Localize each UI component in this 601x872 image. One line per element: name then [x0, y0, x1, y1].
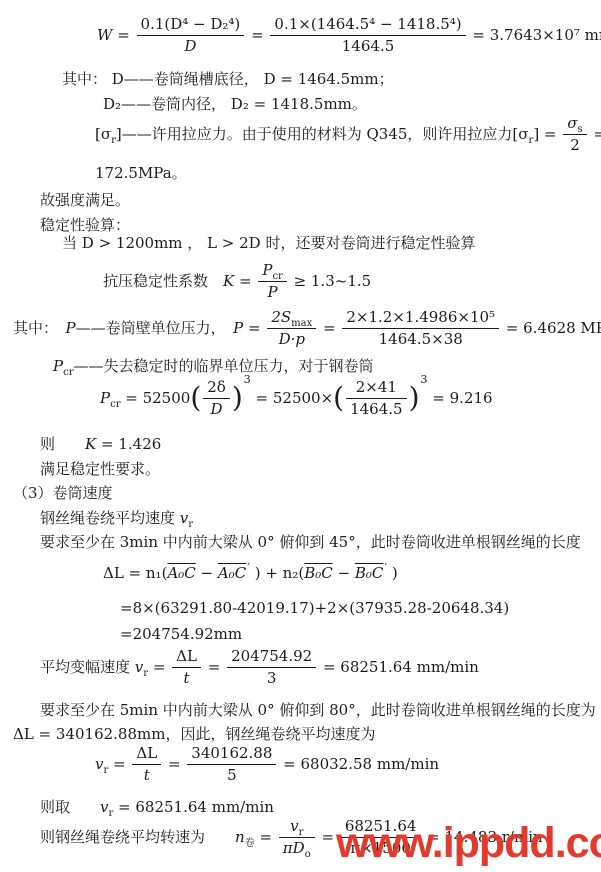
formula-delta-l: ΔL = n₁(A₀C − A₀C′ ) + n₂(B₀C − B₀C′ ) — [103, 562, 398, 584]
line-vr-intro: 钢丝绳卷绕平均速度 vr — [40, 507, 193, 529]
equals: = — [112, 26, 134, 44]
var-p: P — [100, 389, 110, 407]
text: [σ — [95, 125, 111, 143]
numerator: σs — [563, 115, 586, 135]
subscript: 卷 — [245, 838, 255, 849]
left-paren: ( — [333, 381, 344, 414]
line-then-k: 则 K = 1.426 — [40, 433, 161, 455]
var-p: P — [262, 261, 272, 279]
text: =204754.92mm — [120, 625, 242, 643]
subscript: max — [291, 318, 312, 329]
text: 172.5MPa。 — [95, 164, 187, 182]
fraction: 2δD — [203, 379, 230, 419]
result: = 9.216 — [428, 389, 493, 407]
equals: = — [246, 26, 268, 44]
subscript: r — [188, 519, 193, 530]
formula-vr-avg: 平均变幅速度 vr = ΔLt = 204754.923 = 68251.64 … — [40, 648, 479, 688]
numerator: 340162.88 — [187, 745, 276, 765]
numerator: 2Smax — [267, 309, 316, 329]
condition: ≥ 1.3~1.5 — [289, 272, 371, 290]
line-condition: 当 D > 1200mm ， L > 2D 时，还要对卷筒进行稳定性验算 — [62, 232, 475, 254]
fraction: 2SmaxD·p — [267, 309, 316, 349]
fraction: 0.1(D⁴ − D₂⁴)D — [137, 16, 245, 56]
text: 要求至少在 5min 中内前大梁从 0° 俯仰到 80°，此时卷筒收进单根钢丝绳… — [40, 701, 596, 719]
var-p: P — [233, 319, 243, 337]
text: 则取 — [40, 798, 100, 816]
denominator: 1464.5 — [270, 36, 465, 55]
line-pcr-desc: Pcr——失去稳定时的临界单位压力，对于钢卷筒 — [53, 355, 374, 377]
right-paren: ) — [409, 381, 420, 414]
minus: − — [196, 564, 218, 582]
text: 则钢丝绳卷绕平均转速为 — [40, 828, 235, 846]
value: = 1.426 — [96, 435, 161, 453]
line-mpa: 172.5MPa。 — [95, 162, 187, 184]
line-delta-l-3: =204754.92mm — [120, 623, 242, 645]
left-paren: ( — [190, 381, 201, 414]
watermark: www.ippdd.com — [336, 819, 601, 868]
fraction: 204754.923 — [227, 648, 316, 688]
equals: = — [203, 658, 225, 676]
denominator: t — [132, 765, 161, 784]
numerator: ΔL — [172, 648, 201, 668]
text: ΔL = n₁( — [103, 564, 167, 582]
line-delta-l-2: =8×(63291.80-42019.17)+2×(37935.28-20648… — [120, 597, 509, 619]
subscript: r — [299, 827, 304, 838]
numerator: vr — [279, 818, 315, 838]
section-3-heading: （3）卷筒速度 — [13, 482, 113, 504]
var-p: P — [66, 319, 76, 337]
subscript: cr — [272, 271, 282, 282]
equals: = — [589, 125, 601, 143]
denominator: t — [172, 668, 201, 687]
text: 抗压稳定性系数 — [103, 272, 223, 290]
text: ——失去稳定时的临界单位压力，对于钢卷筒 — [73, 357, 373, 375]
var-v: v — [100, 798, 108, 816]
fraction: 2×411464.5 — [346, 379, 407, 419]
text: ] = — [533, 125, 561, 143]
var-k: K — [85, 435, 96, 453]
denominator: 2 — [563, 135, 586, 154]
line-take-vr: 则取 vr = 68251.64 mm/min — [40, 796, 274, 818]
result: = 68251.64 mm/min — [318, 658, 479, 676]
denominator: 1464.5 — [346, 399, 407, 418]
equals: = — [148, 658, 170, 676]
text: ) + n₂( — [250, 564, 304, 582]
text: 其中： — [13, 319, 66, 337]
text: 当 D > 1200mm ， L > 2D 时，还要对卷筒进行稳定性验算 — [62, 234, 475, 252]
denominator: D — [137, 36, 245, 55]
subscript: s — [578, 124, 583, 135]
result: = 6.4628 MPa — [501, 319, 601, 337]
overline-a0c: A₀C — [218, 564, 246, 582]
fraction: PcrP — [258, 262, 286, 302]
numerator: ΔL — [132, 745, 161, 765]
numerator: 0.1(D⁴ − D₂⁴) — [137, 16, 245, 36]
result: = 3.7643×10⁷ mm³ — [468, 26, 601, 44]
fraction: 2×1.2×1.4986×10⁵1464.5×38 — [342, 309, 499, 349]
subscript: o — [305, 849, 311, 860]
var-s: 2S — [271, 308, 291, 326]
fraction: 340162.885 — [187, 745, 276, 785]
fraction: 0.1×(1464.5⁴ − 1418.5⁴)1464.5 — [270, 16, 465, 56]
equals: = 52500 — [120, 389, 190, 407]
text: 其中： D——卷筒绳槽底径， D = 1464.5mm； — [62, 70, 394, 88]
var-pi-d: πD — [283, 839, 305, 857]
var-v: v — [135, 658, 143, 676]
fraction: ΔLt — [172, 648, 201, 688]
var-k: K — [223, 272, 234, 290]
text: ——卷筒壁单位压力， — [76, 319, 234, 337]
var-w: W — [97, 26, 112, 44]
equals: = — [318, 319, 340, 337]
text: 满足稳定性要求。 — [40, 460, 160, 478]
text: ]——许用拉应力。由于使用的材料为 Q345，则许用拉应力[σ — [116, 125, 529, 143]
overline-b0c: B₀C — [355, 564, 384, 582]
line-stability-ok: 满足稳定性要求。 — [40, 458, 160, 480]
text: =8×(63291.80-42019.17)+2×(37935.28-20648… — [120, 599, 509, 617]
overline-a0c: A₀C — [167, 564, 195, 582]
subscript: cr — [110, 399, 120, 410]
line-given-d: 其中： D——卷筒绳槽底径， D = 1464.5mm； — [62, 68, 394, 90]
text: 钢丝绳卷绕平均速度 — [40, 509, 180, 527]
fraction: vrπDo — [279, 818, 315, 858]
fraction: σs2 — [563, 115, 586, 155]
formula-vr-2: vr = ΔLt = 340162.885 = 68032.58 mm/min — [95, 745, 439, 785]
equals: = — [255, 828, 277, 846]
formula-p: 其中： P——卷筒壁单位压力， P = 2SmaxD·p = 2×1.2×1.4… — [13, 309, 601, 349]
minus: − — [333, 564, 355, 582]
numerator: 2×1.2×1.4986×10⁵ — [342, 309, 499, 329]
result: = 68032.58 mm/min — [278, 755, 439, 773]
numerator: 2δ — [203, 379, 230, 399]
text: 要求至少在 3min 中内前大梁从 0° 俯仰到 45°，此时卷筒收进单根钢丝绳… — [40, 533, 581, 551]
exponent: 3 — [421, 373, 428, 386]
denominator: 5 — [187, 765, 276, 784]
right-paren: ) — [232, 381, 243, 414]
denominator: P — [258, 282, 286, 301]
formula-w: W = 0.1(D⁴ − D₂⁴)D = 0.1×(1464.5⁴ − 1418… — [97, 16, 601, 56]
text: D₂——卷筒内径， D₂ = 1418.5mm。 — [103, 95, 367, 113]
equals: = — [163, 755, 185, 773]
equals: = 52500× — [251, 389, 333, 407]
var-sigma: σ — [567, 114, 577, 132]
numerator: 204754.92 — [227, 648, 316, 668]
var-p: P — [53, 357, 63, 375]
var-v: v — [290, 817, 298, 835]
subscript: cr — [63, 367, 73, 378]
equals: = — [243, 319, 265, 337]
formula-k: 抗压稳定性系数 K = PcrP ≥ 1.3~1.5 — [103, 262, 371, 302]
equals: = — [234, 272, 256, 290]
text: 则 — [40, 435, 85, 453]
text: （3）卷筒速度 — [13, 484, 113, 502]
var-v: v — [180, 509, 188, 527]
text: 平均变幅速度 — [40, 658, 135, 676]
text: ΔL = 340162.88mm，因此，钢丝绳卷绕平均速度为 — [13, 725, 375, 743]
value: = 68251.64 mm/min — [113, 798, 274, 816]
equals: = — [108, 755, 130, 773]
denominator: 3 — [227, 668, 316, 687]
line-sigma: [σr]——许用拉应力。由于使用的材料为 Q345，则许用拉应力[σr] = σ… — [95, 115, 601, 155]
text: 故强度满足。 — [40, 191, 130, 209]
formula-pcr: Pcr = 52500(2δD)3 = 52500×(2×411464.5)3 … — [100, 379, 493, 419]
numerator: 2×41 — [346, 379, 407, 399]
fraction: ΔLt — [132, 745, 161, 785]
line-strength-ok: 故强度满足。 — [40, 189, 130, 211]
denominator: D·p — [267, 329, 316, 348]
numerator: Pcr — [258, 262, 286, 282]
denominator: D — [203, 399, 230, 418]
exponent: 3 — [244, 373, 251, 386]
denominator: 1464.5×38 — [342, 329, 499, 348]
line-given-d2: D₂——卷筒内径， D₂ = 1418.5mm。 — [103, 93, 367, 115]
var-n: n — [235, 828, 245, 846]
text: ) — [387, 564, 398, 582]
line-req-3min: 要求至少在 3min 中内前大梁从 0° 俯仰到 45°，此时卷筒收进单根钢丝绳… — [40, 531, 581, 553]
denominator: πDo — [279, 838, 315, 857]
overline-b0c: B₀C — [304, 564, 333, 582]
line-req-5min: 要求至少在 5min 中内前大梁从 0° 俯仰到 80°，此时卷筒收进单根钢丝绳… — [40, 699, 596, 721]
line-delta-l-value: ΔL = 340162.88mm，因此，钢丝绳卷绕平均速度为 — [13, 723, 375, 745]
numerator: 0.1×(1464.5⁴ − 1418.5⁴) — [270, 16, 465, 36]
